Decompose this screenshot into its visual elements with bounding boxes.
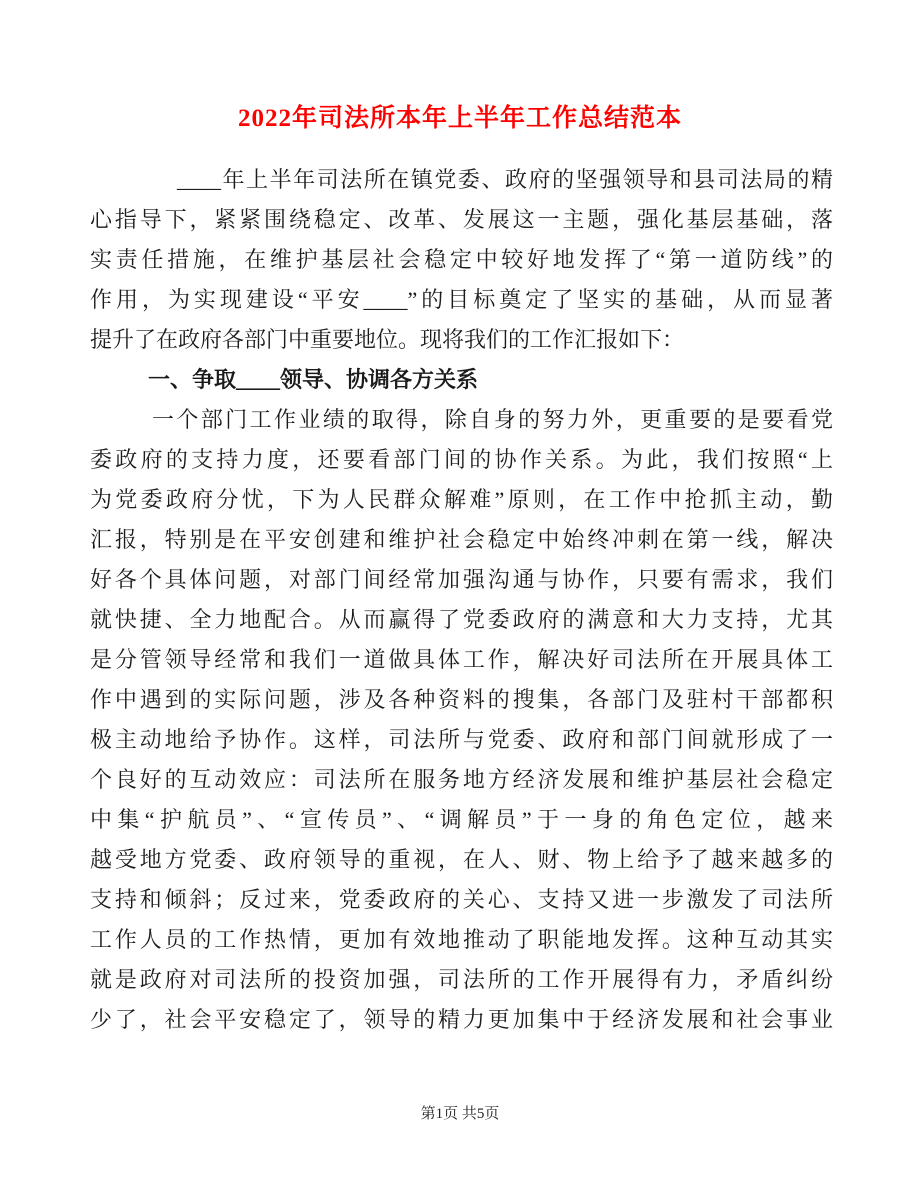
document-line: 个良好的互动效应：司法所在服务地方经济发展和维护基层社会稳定 [90, 760, 833, 800]
document-line: ____年上半年司法所在镇党委、政府的坚强领导和县司法局的精 [90, 160, 833, 200]
document-page: 2022年司法所本年上半年工作总结范本 ____年上半年司法所在镇党委、政府的坚… [0, 0, 920, 1191]
document-line: 作用，为实现建设“平安____”的目标奠定了坚实的基础，从而显著 [90, 280, 833, 320]
document-line: 越受地方党委、政府领导的重视，在人、财、物上给予了越来越多的 [90, 840, 833, 880]
page-number: 第1页 共5页 [421, 1106, 500, 1122]
page-footer: 第1页 共5页 [0, 1102, 920, 1126]
document-line: 极主动地给予协作。这样，司法所与党委、政府和部门间就形成了一 [90, 720, 833, 760]
document-line: 中集“护航员”、“宣传员”、“调解员”于一身的角色定位，越来 [90, 800, 833, 840]
document-line: 实责任措施，在维护基层社会稳定中较好地发挥了“第一道防线”的 [90, 240, 833, 280]
document-line: 汇报，特别是在平安创建和维护社会稳定中始终冲刺在第一线，解决 [90, 520, 833, 560]
section-heading: 一、争取____领导、协调各方关系 [90, 360, 833, 400]
document-line: 好各个具体问题，对部门间经常加强沟通与协作，只要有需求，我们 [90, 560, 833, 600]
document-title: 2022年司法所本年上半年工作总结范本 [0, 101, 920, 137]
document-line: 少了，社会平安稳定了，领导的精力更加集中于经济发展和社会事业 [90, 1000, 833, 1040]
document-body: ____年上半年司法所在镇党委、政府的坚强领导和县司法局的精心指导下，紧紧围绕稳… [90, 160, 833, 1040]
document-line: 是分管领导经常和我们一道做具体工作，解决好司法所在开展具体工 [90, 640, 833, 680]
document-line: 作中遇到的实际问题，涉及各种资料的搜集，各部门及驻村干部都积 [90, 680, 833, 720]
document-line: 就快捷、全力地配合。从而赢得了党委政府的满意和大力支持，尤其 [90, 600, 833, 640]
document-line: 一个部门工作业绩的取得，除自身的努力外，更重要的是要看党 [90, 400, 833, 440]
document-line: 心指导下，紧紧围绕稳定、改革、发展这一主题，强化基层基础，落 [90, 200, 833, 240]
document-line: 工作人员的工作热情，更加有效地推动了职能地发挥。这种互动其实 [90, 920, 833, 960]
document-line: 就是政府对司法所的投资加强，司法所的工作开展得有力，矛盾纠纷 [90, 960, 833, 1000]
document-line: 支持和倾斜；反过来，党委政府的关心、支持又进一步激发了司法所 [90, 880, 833, 920]
document-line: 提升了在政府各部门中重要地位。现将我们的工作汇报如下： [90, 320, 833, 360]
document-line: 为党委政府分忧，下为人民群众解难”原则，在工作中抢抓主动，勤 [90, 480, 833, 520]
document-line: 委政府的支持力度，还要看部门间的协作关系。为此，我们按照“上 [90, 440, 833, 480]
